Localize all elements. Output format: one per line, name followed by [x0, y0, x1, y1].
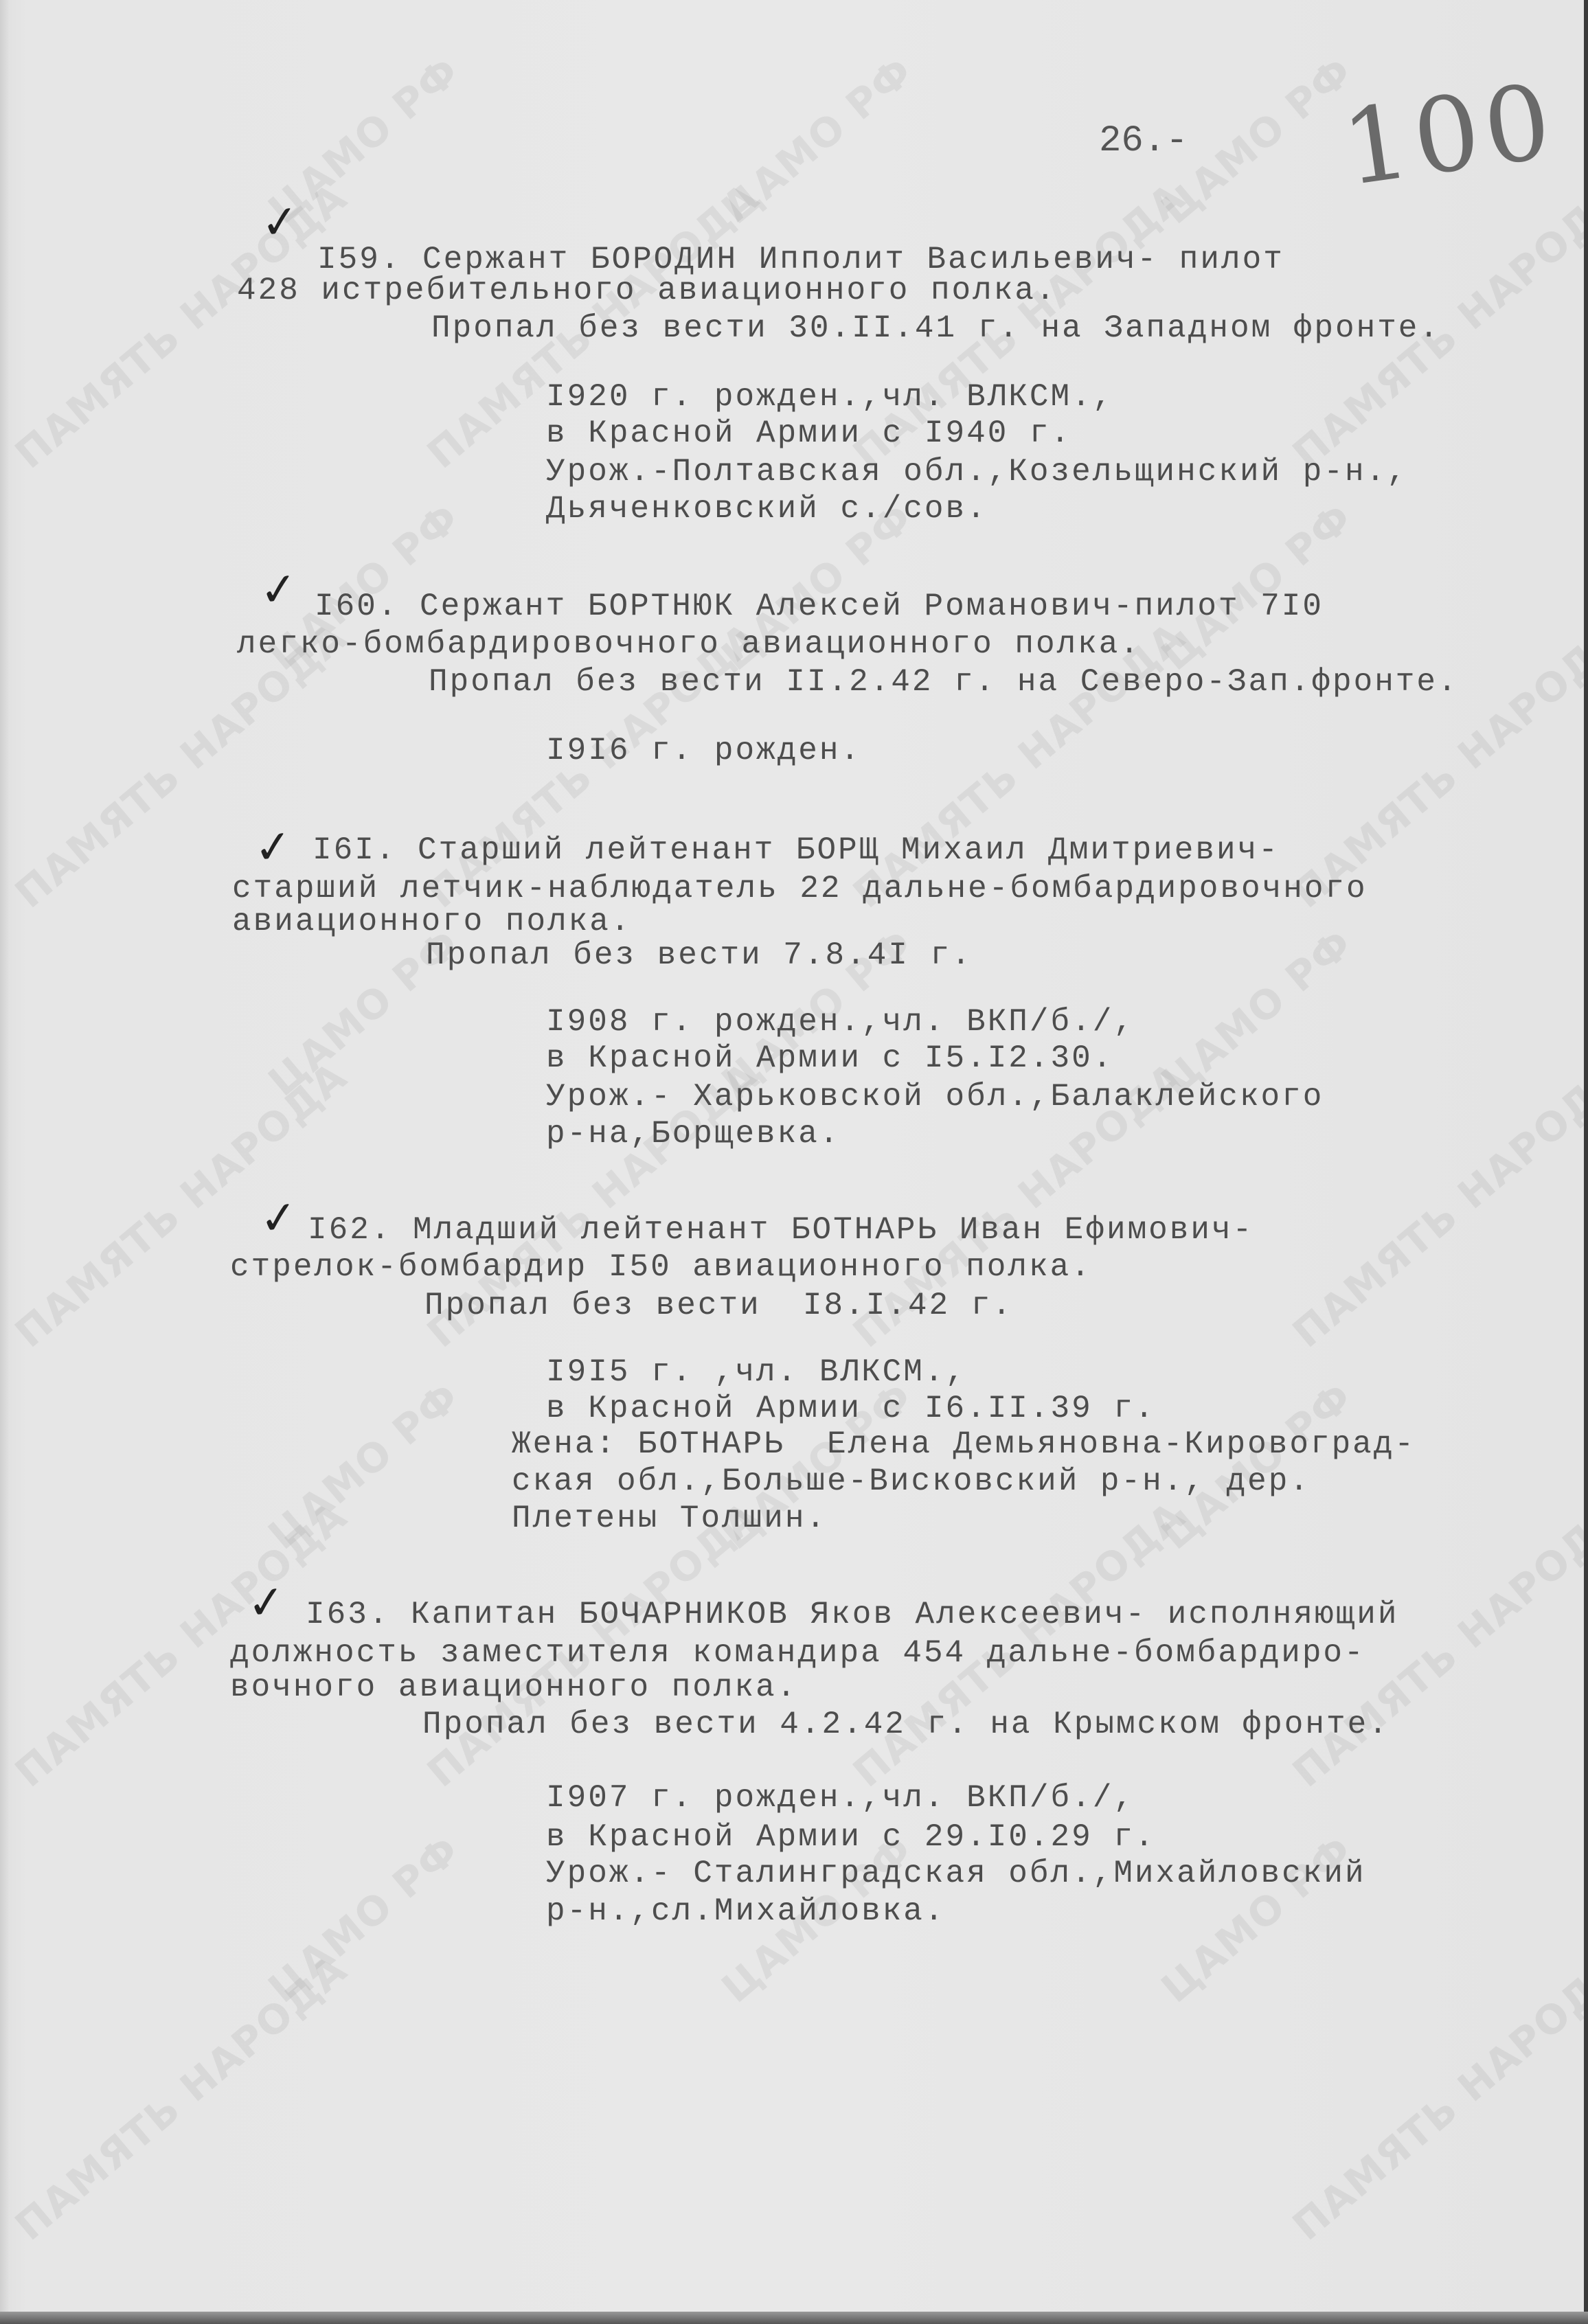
- record-detail: Урож.- Сталинградская обл.,Михайловский: [546, 1858, 1366, 1889]
- record-header: I60. Сержант БОРТНЮК Алексей Романович-п…: [315, 591, 1324, 622]
- watermark: ЦАМО РФ: [713, 47, 922, 233]
- record-detail: I9I5 г. ,чл. ВЛКСМ.,: [546, 1356, 966, 1388]
- page-number: 26.-: [1099, 120, 1188, 162]
- watermark: ПАМЯТЬ НАРОДА: [1284, 1053, 1584, 1357]
- document-page: ЦАМО РФ ЦАМО РФ ЦАМО РФ ПАМЯТЬ НАРОДА ПА…: [0, 0, 1584, 2314]
- record-detail: ская обл.,Больше-Висковский р-н., дер.: [512, 1466, 1311, 1497]
- record-detail: Урож.-Полтавская обл.,Козельщинский р-н.…: [546, 456, 1408, 488]
- record-detail: Жена: БОТНАРЬ Елена Демьяновна-Кировогра…: [512, 1428, 1416, 1460]
- record-detail: в Красной Армии с I940 г.: [546, 418, 1071, 449]
- record-header: I59. Сержант БОРОДИН Ипполит Васильевич-…: [317, 244, 1284, 275]
- record-detail: I907 г. рожден.,чл. ВКП/б./,: [546, 1782, 1135, 1814]
- watermark: ЦАМО РФ: [260, 1373, 468, 1559]
- record-detail: р-на,Борщевка.: [546, 1118, 840, 1150]
- record-detail: Урож.- Харьковской обл.,Балаклейского: [546, 1081, 1324, 1113]
- watermark: ЦАМО РФ: [1153, 494, 1361, 680]
- record-status: Пропал без вести II.2.42 г. на Северо-За…: [429, 666, 1459, 698]
- record-status: Пропал без вести 7.8.4I г.: [426, 939, 973, 971]
- record-detail: I908 г. рожден.,чл. ВКП/б./,: [546, 1006, 1135, 1038]
- record-status: Пропал без вести I8.I.42 г.: [424, 1290, 1013, 1321]
- checkmark-icon: ✓: [258, 562, 300, 618]
- record-status: Пропал без вести 30.II.41 г. на Западном…: [431, 312, 1440, 344]
- watermark: ПАМЯТЬ НАРОДА: [6, 1053, 356, 1357]
- checkmark-icon: ✓: [245, 1575, 288, 1631]
- record-unit: старший летчик-наблюдатель 22 дальне-бом…: [232, 872, 1368, 938]
- checkmark-icon: ✓: [258, 1190, 300, 1246]
- record-detail: Плетены Толшин.: [512, 1503, 827, 1534]
- record-detail: Дьяченковский с./сов.: [546, 493, 988, 525]
- watermark: ПАМЯТЬ НАРОДА: [6, 174, 356, 478]
- watermark: ЦАМО РФ: [1153, 1826, 1361, 2012]
- record-header: I6I. Старший лейтенант БОРЩ Михаил Дмитр…: [313, 834, 1280, 866]
- watermark: ПАМЯТЬ НАРОДА: [6, 1946, 356, 2250]
- record-detail: I9I6 г. рожден.: [546, 735, 861, 766]
- record-detail: в Красной Армии с I6.II.39 г.: [546, 1393, 1156, 1424]
- scan-bottom-edge: [0, 2312, 1588, 2324]
- record-detail: I920 г. рожден.,чл. ВЛКСМ.,: [546, 381, 1113, 413]
- watermark: ЦАМО РФ: [260, 1826, 468, 2012]
- record-unit: легко-бомбардировочного авиационного пол…: [237, 628, 1141, 660]
- record-header: I63. Капитан БОЧАРНИКОВ Яков Алексеевич-…: [306, 1599, 1398, 1630]
- watermark: ЦАМО РФ: [1153, 920, 1361, 1106]
- record-unit: 428 истребительного авиационного полка.: [237, 275, 1057, 306]
- handwritten-sheet-number: 100: [1335, 61, 1563, 209]
- record-detail: в Красной Армии с I5.I2.30.: [546, 1043, 1113, 1074]
- record-unit: стрелок-бомбардир I50 авиационного полка…: [230, 1251, 1092, 1283]
- record-status: Пропал без вести 4.2.42 г. на Крымском ф…: [422, 1709, 1389, 1740]
- record-unit: должность заместителя командира 454 даль…: [230, 1636, 1365, 1705]
- record-detail: р-н.,сл.Михайловка.: [546, 1895, 946, 1927]
- checkmark-icon: ✓: [259, 194, 302, 251]
- record-detail: в Красной Армии с 29.I0.29 г.: [546, 1821, 1156, 1853]
- watermark: ПАМЯТЬ НАРОДА: [1284, 1946, 1584, 2250]
- record-header: I62. Младший лейтенант БОТНАРЬ Иван Ефим…: [308, 1214, 1254, 1246]
- checkmark-icon: ✓: [252, 819, 295, 876]
